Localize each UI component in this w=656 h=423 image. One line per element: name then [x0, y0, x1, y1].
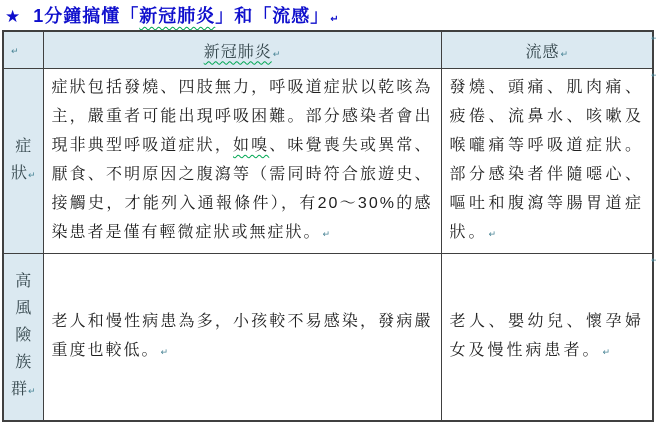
row-label-char: 險: [5, 322, 42, 349]
flu-risk-text: 老人、嬰幼兒、懷孕婦女及慢性病患者。: [450, 313, 645, 359]
cell-covid-symptoms: 症狀包括發燒、四肢無力，呼吸道症狀以乾咳為主，嚴重者可能出現呼吸困難。部分感染者…: [43, 69, 441, 254]
paragraph-mark-icon: ↵: [28, 170, 36, 180]
paragraph-mark-icon: ↵: [560, 49, 568, 59]
comparison-table: ↵ 新冠肺炎↵ 流感↵ 症 狀↵ 症狀包括發燒、四肢無力，呼吸道症狀以乾咳為主，…: [2, 30, 654, 422]
paragraph-mark-icon: ↵: [28, 386, 36, 396]
row-label-char: 狀↵: [5, 160, 42, 189]
title-text-prefix: 1分鐘搞懂「: [33, 6, 139, 26]
title-covid-term: 新冠肺炎: [139, 6, 215, 26]
covid-symptoms-wavy-term: 如嗅: [233, 137, 269, 154]
title-flu-term: 流感: [272, 6, 310, 26]
paragraph-mark-icon: ↵: [161, 347, 169, 357]
covid-risk-text: 老人和慢性病患為多，小孩較不易感染，發病嚴重度也較低。: [52, 313, 433, 359]
cell-covid-risk-group: 老人和慢性病患為多，小孩較不易感染，發病嚴重度也較低。↵: [43, 254, 441, 421]
paragraph-mark-icon: ↵: [323, 229, 331, 239]
paragraph-mark-icon: ↵: [489, 229, 497, 239]
page-title: ★1分鐘搞懂「新冠肺炎」和「流感」↵: [5, 2, 339, 28]
title-text-middle: 」和「: [215, 6, 272, 26]
star-icon: ★: [5, 7, 20, 26]
symptoms-row: 症 狀↵ 症狀包括發燒、四肢無力，呼吸道症狀以乾咳為主，嚴重者可能出現呼吸困難。…: [3, 69, 653, 254]
header-cell-flu: 流感↵: [441, 31, 653, 69]
corner-cell: ↵: [3, 31, 43, 69]
row-end-mark-icon: ↵: [651, 70, 656, 81]
row-label-char: 症: [5, 133, 42, 160]
row-label-risk-group: 高 風 險 族 群↵: [3, 254, 43, 421]
cell-flu-risk-group: 老人、嬰幼兒、懷孕婦女及慢性病患者。↵: [441, 254, 653, 421]
paragraph-mark-icon: ↵: [273, 49, 281, 59]
flu-symptoms-text: 發燒、頭痛、肌肉痛、疲倦、流鼻水、咳嗽及喉嚨痛等呼吸道症狀。部分感染者伴隨噁心、…: [450, 79, 645, 241]
row-end-mark-icon: ↵: [651, 33, 656, 44]
row-label-char: 高: [5, 268, 42, 295]
row-end-mark-icon: ↵: [651, 255, 656, 266]
row-label-char: 族: [5, 349, 42, 376]
row-label-symptoms: 症 狀↵: [3, 69, 43, 254]
paragraph-mark-icon: ↵: [603, 347, 611, 357]
row-label-char: 風: [5, 295, 42, 322]
paragraph-mark-icon: ↵: [11, 46, 19, 56]
header-covid-label: 新冠肺炎: [204, 44, 272, 61]
vertical-label: 高 風 險 族 群↵: [5, 268, 42, 405]
row-label-char: 群↵: [5, 376, 42, 405]
header-cell-covid: 新冠肺炎↵: [43, 31, 441, 69]
title-text-suffix: 」: [310, 6, 329, 26]
cell-flu-symptoms: 發燒、頭痛、肌肉痛、疲倦、流鼻水、咳嗽及喉嚨痛等呼吸道症狀。部分感染者伴隨噁心、…: [441, 69, 653, 254]
header-flu-label: 流感: [525, 44, 559, 61]
paragraph-mark-icon: ↵: [330, 14, 338, 25]
risk-group-row: 高 風 險 族 群↵ 老人和慢性病患為多，小孩較不易感染，發病嚴重度也較低。↵ …: [3, 254, 653, 421]
header-row: ↵ 新冠肺炎↵ 流感↵: [3, 31, 653, 69]
vertical-label: 症 狀↵: [5, 133, 42, 189]
